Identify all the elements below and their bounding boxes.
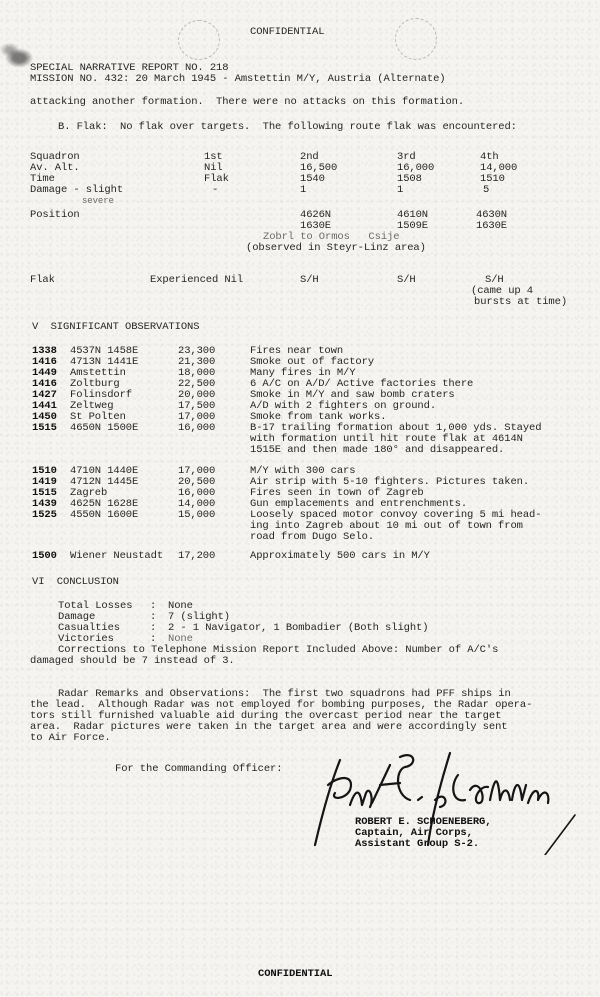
obs-location: 4650N 1500E	[70, 423, 138, 434]
faint-stamp-mark	[178, 20, 220, 60]
col1-damage: -	[212, 185, 218, 196]
mission-line: MISSION NO. 432: 20 March 1945 - Amstett…	[30, 74, 445, 85]
position-note-2: (observed in Steyr-Linz area)	[246, 243, 426, 254]
obs-time: 1515	[32, 423, 57, 434]
col2-flak: S/H	[300, 275, 319, 286]
col3-damage: 1	[397, 185, 403, 196]
col3-position-2: 1509E	[397, 221, 428, 232]
obs-text: 1515E and then made 180° and disappeared…	[250, 445, 504, 456]
col4-damage: 5	[483, 185, 489, 196]
obs-alt: 17,200	[178, 551, 215, 562]
col1-flak: Experienced Nil	[150, 275, 243, 286]
row-label-flak: Flak	[30, 275, 55, 286]
obs-location: 4550N 1600E	[70, 510, 138, 521]
document-page: CONFIDENTIAL SPECIAL NARRATIVE REPORT NO…	[0, 0, 600, 997]
col3-flak: S/H	[397, 275, 416, 286]
classification-bottom: CONFIDENTIAL	[258, 969, 332, 980]
corrections-line-2: damaged should be 7 instead of 3.	[30, 656, 235, 667]
flak-intro-line: B. Flak: No flak over targets. The follo…	[58, 122, 517, 133]
flak-note-2: bursts at time)	[474, 297, 567, 308]
row-label-damage-severe: severe	[82, 196, 114, 207]
obs-text: road from Dugo Selo.	[250, 532, 374, 543]
intro-line: attacking another formation. There were …	[30, 97, 464, 108]
obs-alt: 15,000	[178, 510, 215, 521]
row-label-damage-slight: Damage - slight	[30, 185, 123, 196]
obs-text: Approximately 500 cars in M/Y	[250, 551, 430, 562]
obs-time: 1525	[32, 510, 57, 521]
col4-position-2: 1630E	[476, 221, 507, 232]
obs-alt: 16,000	[178, 423, 215, 434]
row-label-position: Position	[30, 210, 80, 221]
faint-stamp-mark	[395, 18, 437, 60]
obs-time: 1500	[32, 551, 57, 562]
obs-location: Wiener Neustadt	[70, 551, 163, 562]
radar-line: to Air Force.	[30, 733, 111, 744]
col2-damage: 1	[300, 185, 306, 196]
classification-top: CONFIDENTIAL	[250, 27, 324, 38]
signer-title: Assistant Group S-2.	[355, 839, 479, 850]
section-vi-heading: VI CONCLUSION	[32, 577, 119, 588]
section-v-heading: V SIGNIFICANT OBSERVATIONS	[32, 322, 199, 333]
for-commanding-officer: For the Commanding Officer:	[115, 764, 282, 775]
conclusion-value: 2 - 1 Navigator, 1 Bombadier (Both sligh…	[168, 623, 428, 634]
